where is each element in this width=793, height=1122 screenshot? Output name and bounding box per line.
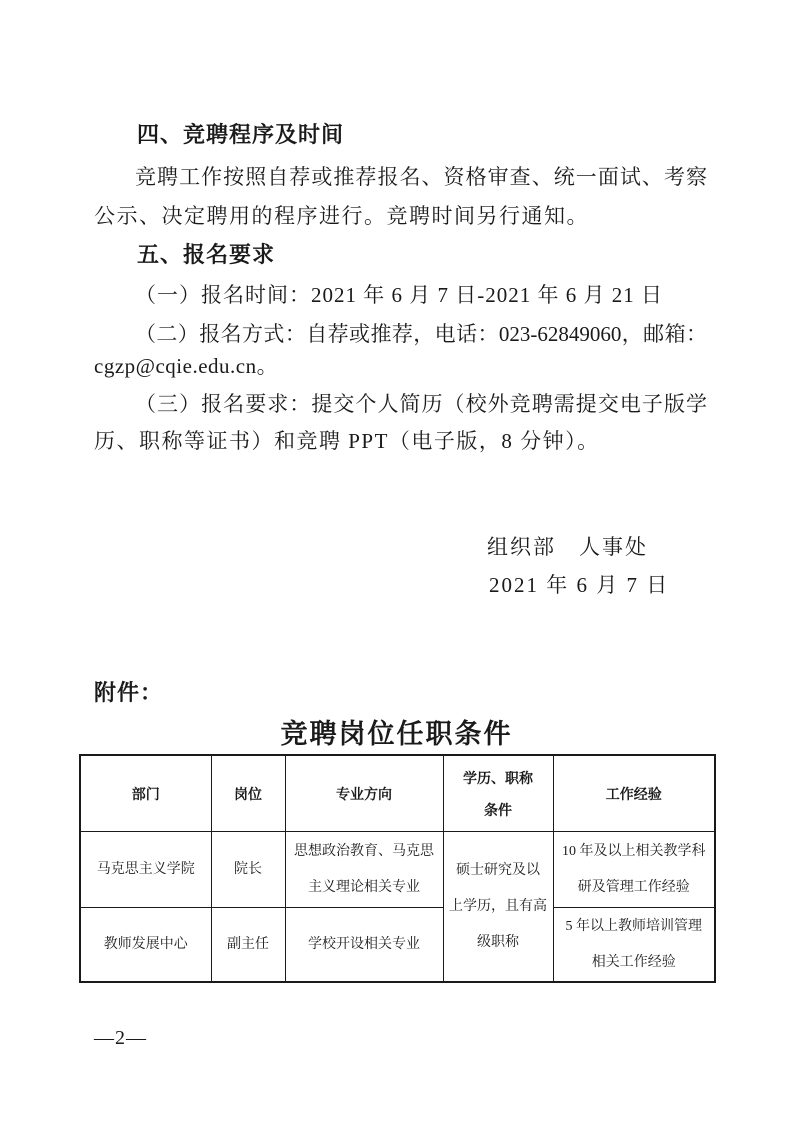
header-dept: 部门 xyxy=(80,755,211,832)
header-post: 岗位 xyxy=(211,755,285,832)
section5-item1: （一）报名时间：2021 年 6 月 7 日-2021 年 6 月 21 日 xyxy=(135,281,663,309)
cell-experience-row1: 10 年及以上相关教学科 研及管理工作经验 xyxy=(553,832,715,908)
section5-heading: 五、报名要求 xyxy=(137,241,275,269)
cell-post-row2: 副主任 xyxy=(211,908,285,983)
document-page: 四、竞聘程序及时间 竞聘工作按照自荐或推荐报名、资格审查、统一面试、考察 公示、… xyxy=(0,0,793,1122)
signature-date: 2021 年 6 月 7 日 xyxy=(489,571,669,599)
cell-major-row2: 学校开设相关专业 xyxy=(285,908,443,983)
header-qualification: 学历、职称 条件 xyxy=(443,755,553,832)
header-experience: 工作经验 xyxy=(553,755,715,832)
table-row: 教师发展中心 副主任 学校开设相关专业 5 年以上教师培训管理 相关工作经验 xyxy=(80,908,715,983)
attachment-label: 附件： xyxy=(94,679,163,707)
attachment-table-title: 竞聘岗位任职条件 xyxy=(0,712,793,751)
section5-item3-line1: （三）报名要求：提交个人简历（校外竞聘需提交电子版学 xyxy=(135,390,707,418)
cell-post-row1: 院长 xyxy=(211,832,285,908)
signature-organization: 组织部 人事处 xyxy=(487,533,648,561)
section5-item2-line1: （二）报名方式：自荐或推荐，电话：023-62849060，邮箱： xyxy=(135,320,707,348)
table-row: 马克思主义学院 院长 思想政治教育、马克思 主义理论相关专业 硕士研究及以 上学… xyxy=(80,832,715,908)
section4-paragraph-line1: 竞聘工作按照自荐或推荐报名、资格审查、统一面试、考察 xyxy=(135,163,707,191)
cell-dept-row1: 马克思主义学院 xyxy=(80,832,211,908)
position-conditions-table: 部门 岗位 专业方向 学历、职称 条件 工作经验 马克思主义学院 院长 思想政治… xyxy=(79,754,716,983)
section4-paragraph-line2: 公示、决定聘用的程序进行。竞聘时间另行通知。 xyxy=(94,202,589,230)
cell-dept-row2: 教师发展中心 xyxy=(80,908,211,983)
section5-item3-line2: 历、职称等证书）和竞聘 PPT（电子版，8 分钟）。 xyxy=(94,427,600,455)
cell-qualification-merged: 硕士研究及以 上学历，且有高 级职称 xyxy=(443,832,553,983)
cell-experience-row2: 5 年以上教师培训管理 相关工作经验 xyxy=(553,908,715,983)
table-header-row: 部门 岗位 专业方向 学历、职称 条件 工作经验 xyxy=(80,755,715,832)
section5-item2-email: cgzp@cqie.edu.cn。 xyxy=(94,352,278,380)
cell-major-row1: 思想政治教育、马克思 主义理论相关专业 xyxy=(285,832,443,908)
section4-heading: 四、竞聘程序及时间 xyxy=(137,121,344,149)
page-number: —2— xyxy=(94,1027,147,1050)
header-major: 专业方向 xyxy=(285,755,443,832)
